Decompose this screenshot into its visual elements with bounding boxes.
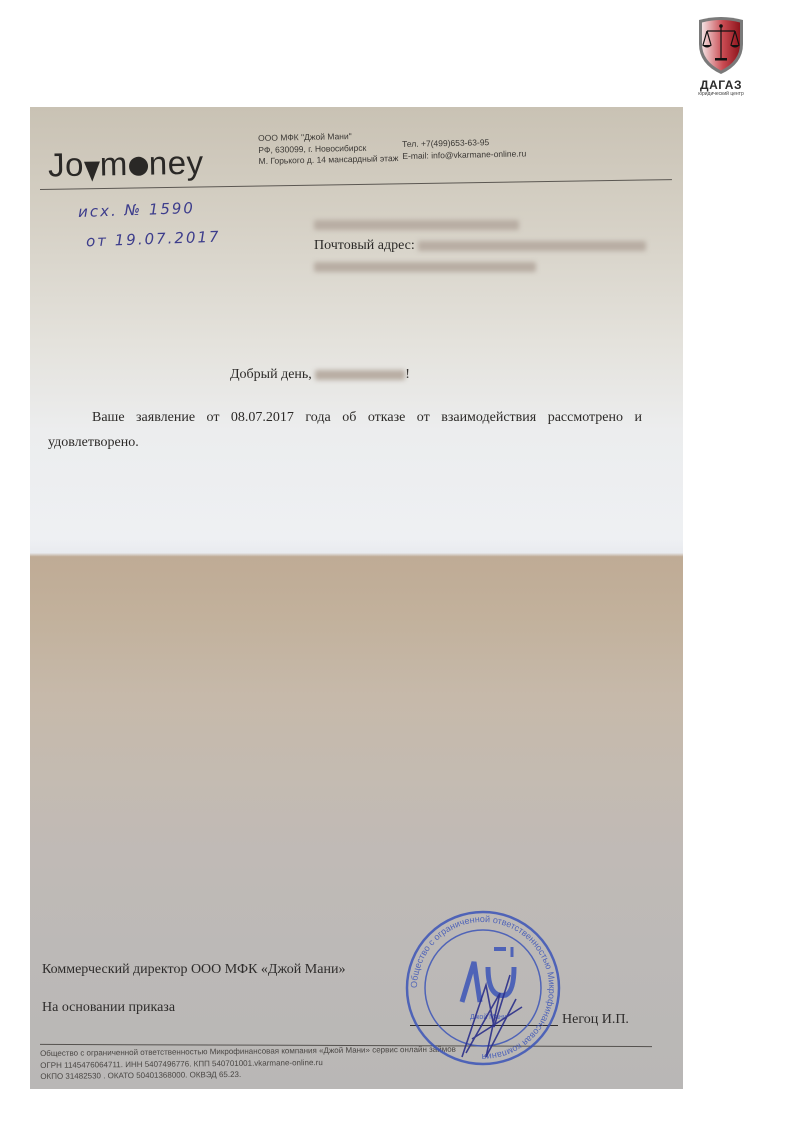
joymoney-logo: Jomney <box>48 144 204 185</box>
postal-label: Почтовый адрес: <box>314 238 415 253</box>
scales-shield-icon <box>695 14 747 76</box>
logo-triangle-glyph <box>84 161 100 181</box>
logo-filled-o-glyph <box>129 157 148 176</box>
email: E-mail: info@vkarmane-online.ru <box>402 148 526 162</box>
svg-text:Общество с ограниченной ответс: Общество с ограниченной ответственностью… <box>409 914 557 1062</box>
recipient-name-redacted <box>314 217 519 233</box>
watermark-name: ДАГАЗ <box>688 79 754 91</box>
signatory-title: Коммерческий директор ООО МФК «Джой Мани… <box>42 962 345 978</box>
company-address-block: ООО МФК "Джой Мани" РФ, 630099, г. Новос… <box>258 130 398 167</box>
redaction <box>418 241 646 251</box>
company-contacts-block: Тел. +7(499)653-63-95 E-mail: info@vkarm… <box>402 136 526 162</box>
letter-body: Ваше заявление от 08.07.2017 года об отк… <box>48 405 642 455</box>
watermark-subtitle: юридический центр <box>688 91 754 97</box>
handwritten-date: от 19.07.2017 <box>86 228 221 251</box>
company-requisites-footer: Общество с ограниченной ответственностью… <box>40 1044 456 1083</box>
dagaz-watermark-logo: ДАГАЗ юридический центр <box>688 14 754 97</box>
letter-photo: Jomney ООО МФК "Джой Мани" РФ, 630099, г… <box>30 107 683 1089</box>
recipient-address-line-redacted <box>314 259 536 275</box>
recipient-postal-address: Почтовый адрес: <box>314 238 646 254</box>
redaction <box>314 220 519 230</box>
signatory-name: Негоц И.П. <box>562 1012 629 1028</box>
redaction <box>314 262 536 272</box>
redaction <box>315 370 405 380</box>
signatory-basis: На основании приказа <box>42 1000 175 1016</box>
company-seal-stamp-icon: Общество с ограниченной ответственностью… <box>402 907 564 1069</box>
greeting: Добрый день, ! <box>230 367 410 383</box>
handwritten-outgoing-number: исх. № 1590 <box>78 199 196 221</box>
